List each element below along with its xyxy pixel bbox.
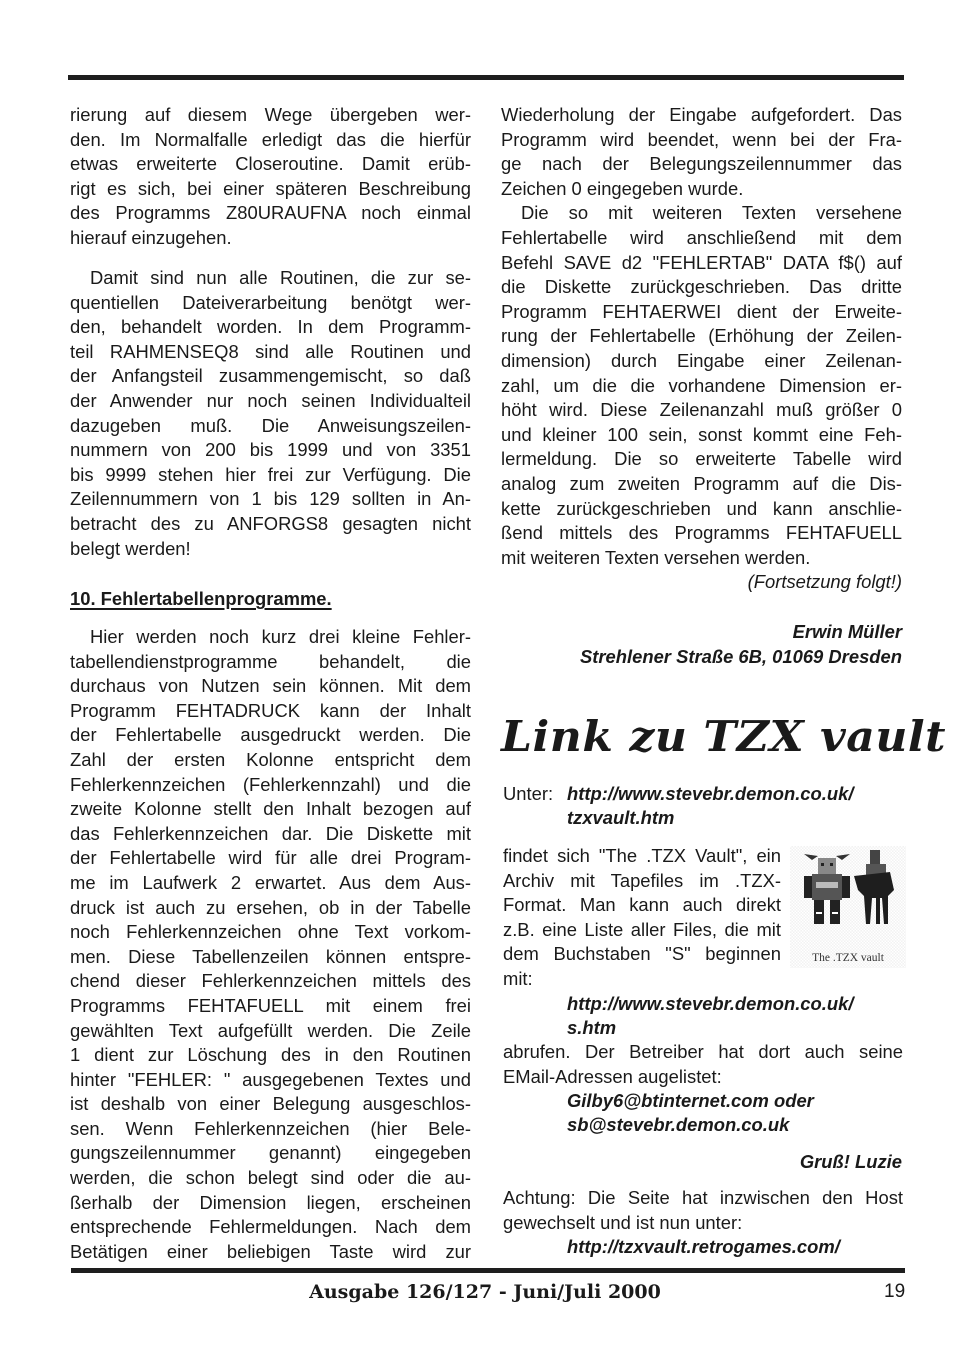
text-line: me im Laufwerk 2 erwartet. Aus dem Aus-	[70, 871, 471, 896]
text-line: ßerhalb der Dimension liegen, erscheinen	[70, 1191, 471, 1216]
text-line: Die so mit weiteren Texten versehene	[501, 201, 902, 226]
text-line: 1 dient zur Löschung des in den Routinen	[70, 1043, 471, 1068]
text-line: mit:	[503, 967, 781, 992]
text-line: hinter "FEHLER: " ausgegebenen Textes un…	[70, 1068, 471, 1093]
right-column-para4: abrufen. Der Betreiber hat dort auch sei…	[503, 1040, 903, 1089]
text-line: belegt werden!	[70, 537, 471, 562]
image-caption: The .TZX vault	[790, 952, 906, 964]
top-rule	[68, 75, 904, 80]
url-link[interactable]: http://www.stevebr.demon.co.uk/	[567, 782, 853, 807]
signoff: Gruß! Luzie	[501, 1150, 902, 1175]
article-title: Link zu TZX vault	[501, 712, 923, 761]
text-line: werden, die schon belegt sind oder die a…	[70, 1166, 471, 1191]
text-line: gungszeilennummer genannt) eingegeben	[70, 1141, 471, 1166]
text-line: Format. Man kann auch direkt	[503, 893, 781, 918]
author-name: Erwin Müller	[501, 620, 902, 645]
text-line: Zeilennummern von 1 bis 129 sollten in A…	[70, 487, 471, 512]
page-number: 19	[884, 1281, 905, 1303]
url-link[interactable]: s.htm	[567, 1016, 616, 1041]
text-line: Achtung: Die Seite hat inzwischen den Ho…	[503, 1186, 903, 1211]
left-column-para3: Hier werden noch kurz drei kleine Fehler…	[70, 625, 471, 1264]
text-line: und kleiner 100 sein, sonst kommt eine F…	[501, 423, 902, 448]
left-column-para2: Damit sind nun alle Routinen, die zur se…	[70, 266, 471, 561]
text-line: die Diskette zurückgeschrieben. Das drit…	[501, 275, 902, 300]
pixel-characters-icon	[790, 846, 906, 946]
text-line: der Anwender nur noch seinen Individualt…	[70, 389, 471, 414]
text-line: quentiellen Dateiverarbeitung benötgt we…	[70, 291, 471, 316]
text-line: Befehl SAVE d2 "FEHLERTAB" DATA f$() auf	[501, 251, 902, 276]
right-column-para1: Wiederholung der Eingabe aufgefordert. D…	[501, 103, 902, 595]
text-line: Fehlertabelle wird anschließend mit dem	[501, 226, 902, 251]
text-line: ßend mittels des Programms FEHTAFUELL	[501, 521, 902, 546]
text-line: das Fehlerkennzeichen dar. Die Diskette …	[70, 822, 471, 847]
text-line: sen. Wenn Fehlerkennzeichen (hier Bele-	[70, 1117, 471, 1142]
text-line: rigt es sich, bei einer späteren Beschre…	[70, 177, 471, 202]
text-line: druck ist auch zu ersehen, ob in der Tab…	[70, 896, 471, 921]
text-line: entsprechende Fehlermeldungen. Nach dem	[70, 1215, 471, 1240]
text-line: der Fehlertabelle ausgedruckt werden. Di…	[70, 723, 471, 748]
text-line: den, behandelt worden. In dem Programm-	[70, 315, 471, 340]
paragraph: rierung auf diesem Wege übergeben wer- d…	[70, 103, 471, 251]
author-address: Strehlener Straße 6B, 01069 Dresden	[501, 645, 902, 670]
url-link[interactable]: http://www.stevebr.demon.co.uk/	[567, 992, 853, 1017]
author-block: Erwin Müller Strehlener Straße 6B, 01069…	[501, 620, 902, 669]
right-column-para5: Achtung: Die Seite hat inzwischen den Ho…	[503, 1186, 903, 1235]
text-line: höht wird. Diese Zeilenanzahl muß größer…	[501, 398, 902, 423]
text-line: Betätigen einer beliebigen Taste wird zu…	[70, 1240, 471, 1265]
right-column-para3: findet sich "The .TZX Vault", ein Archiv…	[503, 844, 781, 992]
text-line: rierung auf diesem Wege übergeben wer-	[70, 103, 471, 128]
text-line: zweite Kolonne stellt den Inhalt bezogen…	[70, 797, 471, 822]
text-line: mit weiteren Texten versehen werden.	[501, 546, 902, 571]
text-line: Wiederholung der Eingabe aufgefordert. D…	[501, 103, 902, 128]
text-line: dem Buchstaben "S" beginnen	[503, 942, 781, 967]
text-line: des Programms Z80URAUFNA noch einmal	[70, 201, 471, 226]
text-line: findet sich "The .TZX Vault", ein	[503, 844, 781, 869]
bottom-rule	[71, 1268, 905, 1273]
text-line: ge nach der Belegungszeilennummer das	[501, 152, 902, 177]
text-line: Zahl der ersten Kolonne entspricht dem	[70, 748, 471, 773]
text-line: der Fehlertabelle wird für alle drei Pro…	[70, 846, 471, 871]
issue-footer: Ausgabe 126/127 - Juni/Juli 2000	[0, 1281, 970, 1303]
text-line: kette zurückgeschrieben und kann anschli…	[501, 497, 902, 522]
continued-note: (Fortsetzung folgt!)	[501, 570, 902, 595]
text-line: Programms FEHTAFUELL mit einem frei	[70, 994, 471, 1019]
text-line: Hier werden noch kurz drei kleine Fehler…	[70, 625, 471, 650]
text-line: Damit sind nun alle Routinen, die zur se…	[70, 266, 471, 291]
text-line: bis 9999 stehen hier frei zur Verfügung.…	[70, 463, 471, 488]
email-address[interactable]: Gilby6@btinternet.com oder	[567, 1089, 814, 1114]
text-line: gewählten Text aufgefüllt werden. Die Ze…	[70, 1019, 471, 1044]
url-link[interactable]: tzxvault.htm	[567, 806, 674, 831]
section-heading: 10. Fehlertabellenprogramme.	[70, 588, 332, 610]
text-line: ist deshalb von einer Belegung ausgeschl…	[70, 1092, 471, 1117]
text-line: dimension) durch Eingabe einer Zeilenan-	[501, 349, 902, 374]
text-line: zahl, um die die vorhandene Dimension er…	[501, 374, 902, 399]
text-line: rung der Fehlertabelle (Erhöhung der Zei…	[501, 324, 902, 349]
left-column: rierung auf diesem Wege übergeben wer- d…	[70, 103, 471, 251]
text-line: etwas erweiterte Closeroutine. Damit erü…	[70, 152, 471, 177]
text-line: tabellendienstprogramme behandelt, die	[70, 650, 471, 675]
text-line: Programm wird beendet, wenn bei der Fra-	[501, 128, 902, 153]
unter-label: Unter:	[503, 782, 553, 807]
text-line: durchaus von Nutzen sein können. Mit dem	[70, 674, 471, 699]
url-link[interactable]: http://tzxvault.retrogames.com/	[567, 1235, 840, 1260]
text-line: betracht des zu ANFORGS8 gesagten nicht	[70, 512, 471, 537]
text-line: der Anfangsteil zusammengemischt, so daß	[70, 364, 471, 389]
text-line: Zeichen 0 eingegeben wurde.	[501, 177, 902, 202]
text-line: chend dieser Fehlerkennzeichen mittels d…	[70, 969, 471, 994]
text-line: nummern von 200 bis 1999 und von 3351	[70, 438, 471, 463]
text-line: lermeldung. Die so erweiterte Tabelle wi…	[501, 447, 902, 472]
text-line: den. Im Normalfalle erledigt das die hie…	[70, 128, 471, 153]
tzx-vault-image: The .TZX vault	[790, 846, 906, 968]
text-line: hierauf einzugehen.	[70, 226, 471, 251]
text-line: noch Fehlerkennzeichen ohne Text vorkom-	[70, 920, 471, 945]
text-line: teil RAHMENSEQ8 sind alle Routinen und	[70, 340, 471, 365]
text-line: men. Diese Tabellenzeilen können entspre…	[70, 945, 471, 970]
text-line: Fehlerkennzeichen (Fehlerkennzahl) und d…	[70, 773, 471, 798]
text-line: Programm FEHTAERWEI dient der Erweite-	[501, 300, 902, 325]
text-line: gewechselt und ist nun unter:	[503, 1211, 903, 1236]
text-line: EMail-Adressen augelistet:	[503, 1065, 903, 1090]
text-line: dazugeben muß. Die Anweisungszeilen-	[70, 414, 471, 439]
email-address[interactable]: sb@stevebr.demon.co.uk	[567, 1113, 789, 1138]
text-line: analog zum zweiten Programm auf die Dis-	[501, 472, 902, 497]
signoff-block: Gruß! Luzie	[501, 1150, 902, 1175]
text-line: z.B. eine Liste aller Files, die mit	[503, 918, 781, 943]
text-line: abrufen. Der Betreiber hat dort auch sei…	[503, 1040, 903, 1065]
text-line: Programm FEHTADRUCK kann der Inhalt	[70, 699, 471, 724]
text-line: Archiv mit Tapefiles im .TZX-	[503, 869, 781, 894]
